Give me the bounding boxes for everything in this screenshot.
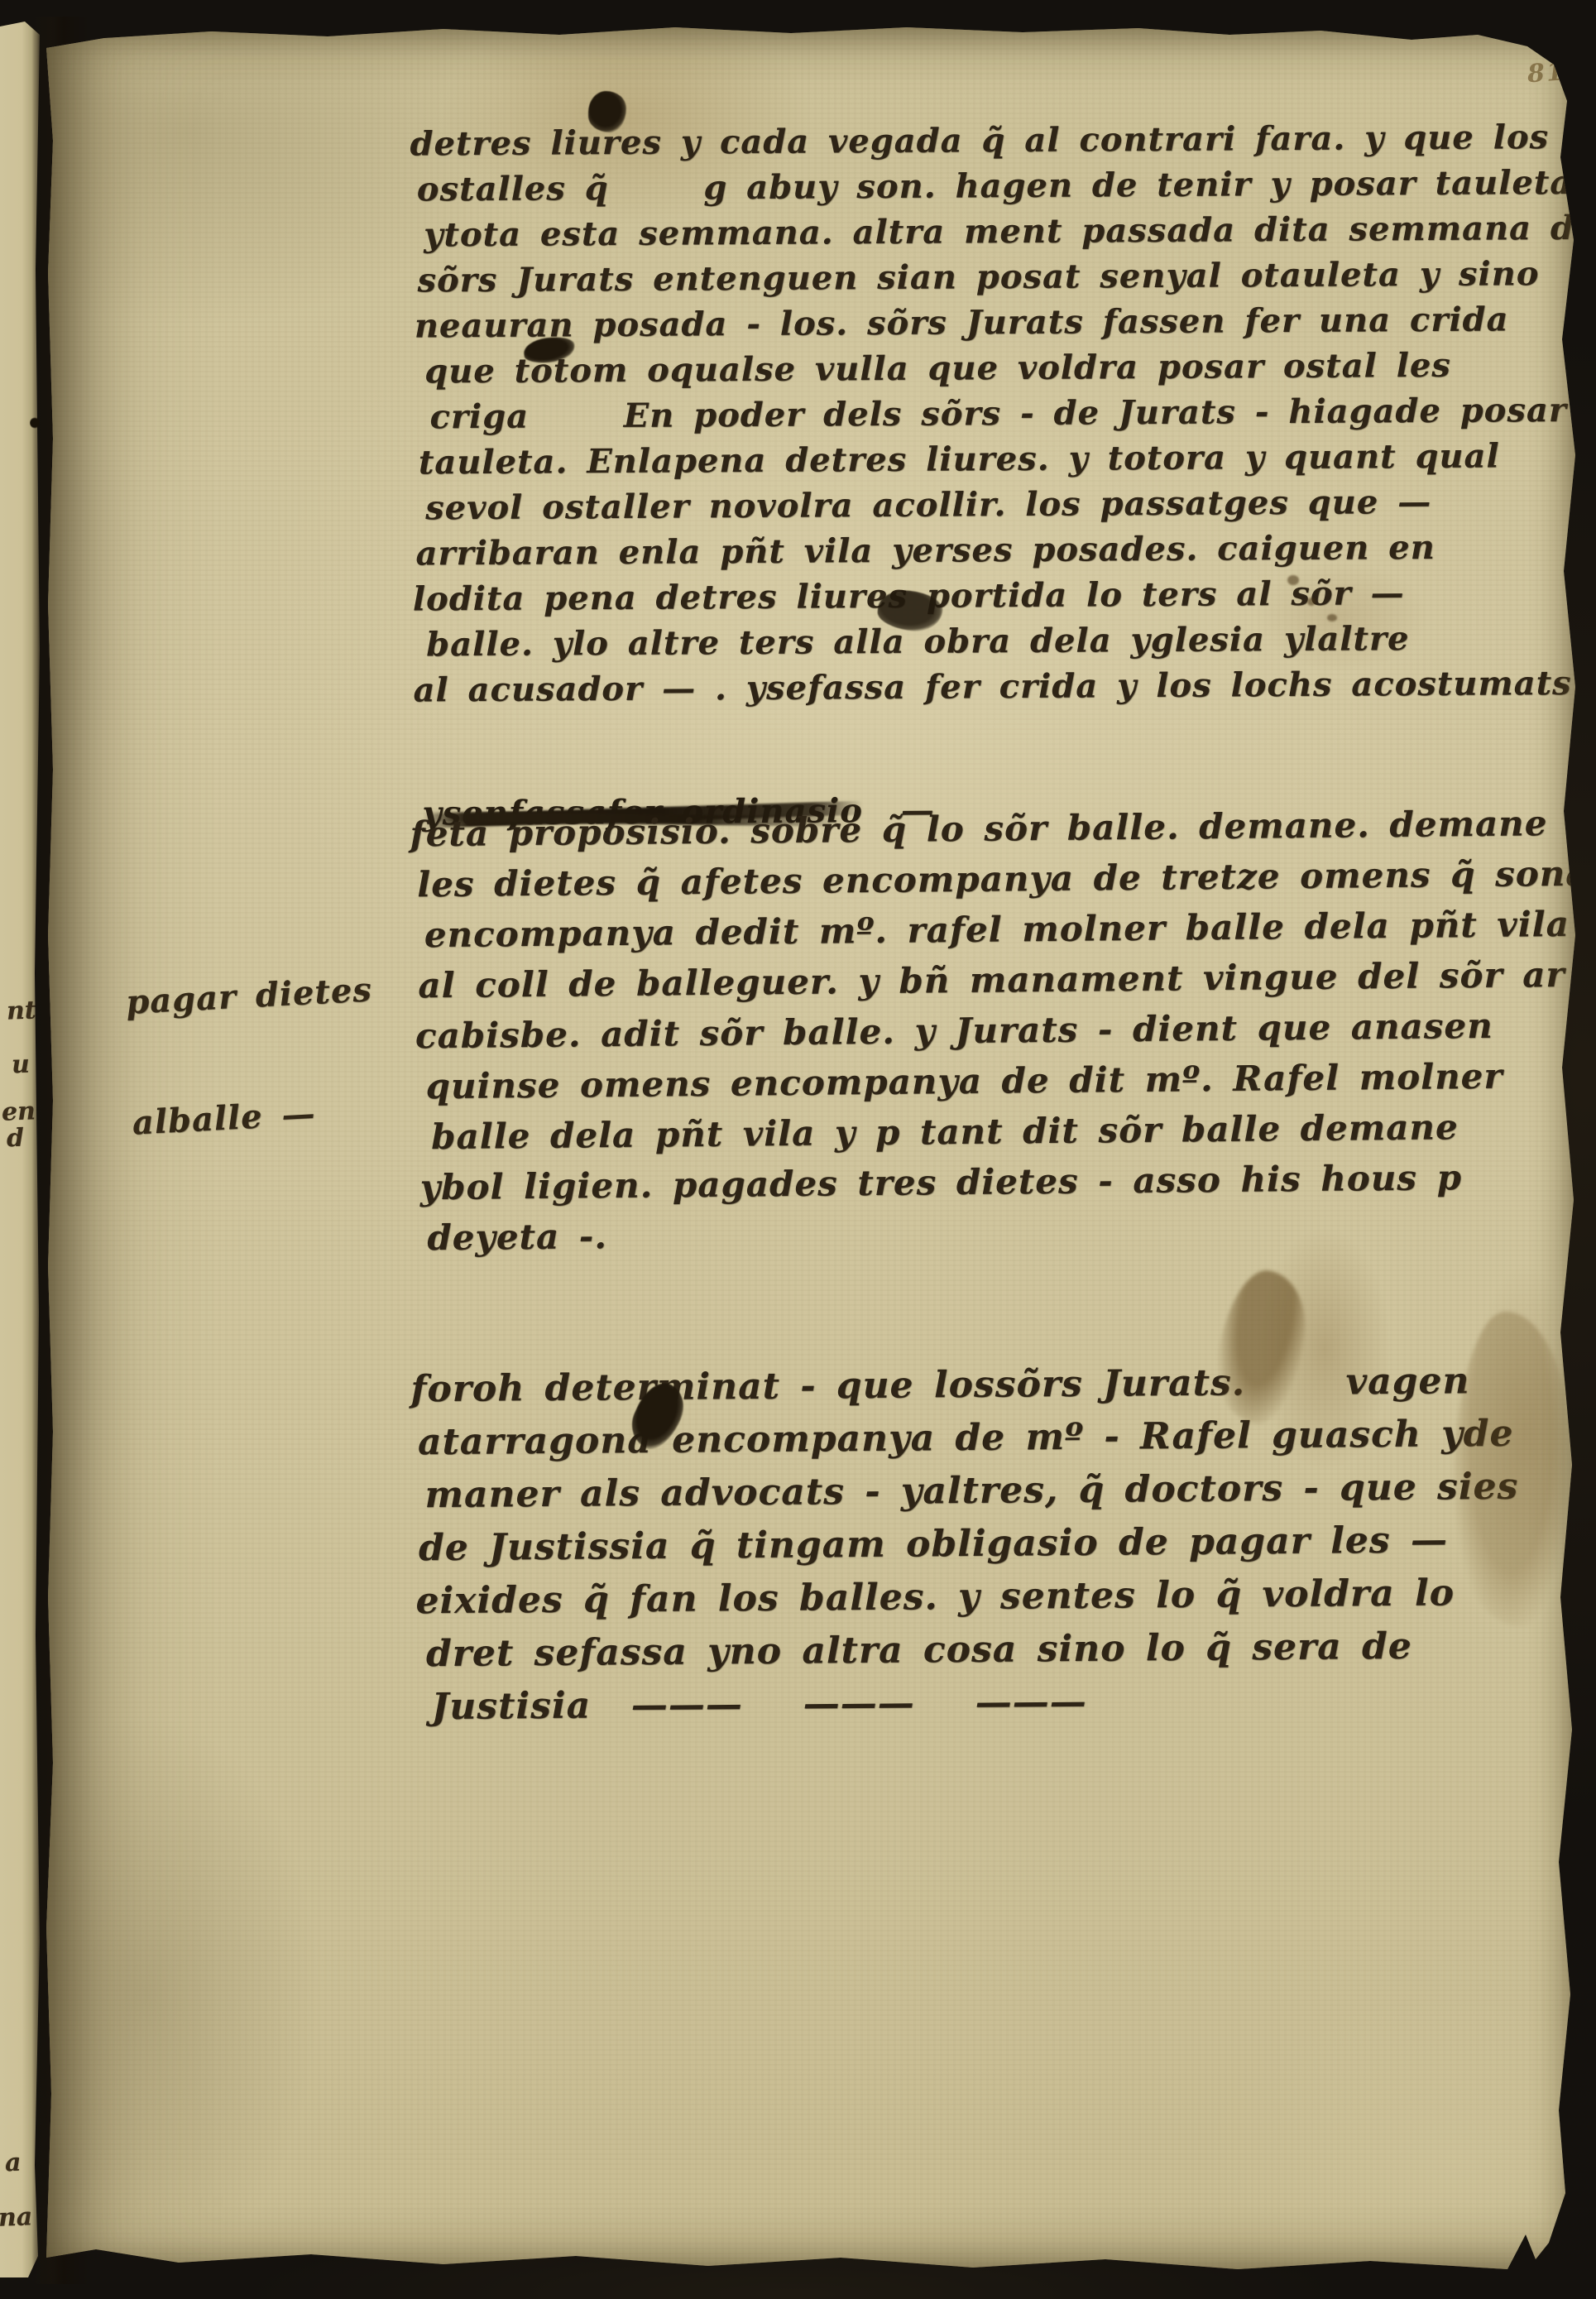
spine-text-fragment: u [11,1050,30,1080]
paragraph-3: foroh determinat - que lossõrs Jurats. v… [410,1275,1521,1823]
manuscript-line: criga En poder dels sõrs - de Jurats - h… [429,391,1596,444]
manuscript-line: arribaran enla pñt vila yerses posades. … [415,527,1596,580]
spine-text-fragment: na [0,2202,33,2232]
margin-note-line: alballe — [132,1091,380,1147]
manuscript-line: balle. ylo altre ters alla obra dela ygl… [426,618,1596,671]
spine-text-fragment: a [4,2148,22,2178]
manuscript-line: ytota esta semmana. altra ment passada d… [424,209,1596,262]
paragraph-2: feta proposisio. sobre q̃ lo sõr balle. … [409,721,1596,1350]
manuscript-line: de Justissia q̃ tingam obligasio de paga… [419,1519,1519,1580]
manuscript-line: atarragona encompanya de mº - Rafel guas… [418,1413,1518,1474]
wormhole-spot [30,417,40,429]
manuscript-scan: nt u en d a na 817 detres liures y cada … [0,0,1596,2299]
manuscript-line: eixides q̃ fan los balles. y sentes lo q… [415,1572,1519,1633]
spine-text-fragment: d [6,1124,24,1154]
ink-speck [1307,598,1316,606]
manuscript-page: 817 detres liures y cada vegada q̃ al co… [46,25,1577,2274]
manuscript-line: que totom oqualse vulla que voldra posar… [424,345,1596,398]
ink-speck [1327,614,1337,622]
margin-note: pagar dietes alballe — [121,892,384,1224]
manuscript-line: foroh determinat - que lossõrs Jurats. v… [410,1360,1517,1422]
paper-stain [1453,1312,1569,1626]
margin-note-line: pagar dietes [125,970,373,1026]
manuscript-line: ostalles q̃ g abuy son. hagen de tenir y… [417,163,1596,216]
manuscript-line: maner als advocats - yaltres, q̃ doctors… [424,1466,1518,1527]
manuscript-line: al acusador — . ysefassa fer crida y los… [413,664,1596,717]
manuscript-line: sevol ostaller novolra acollir. los pass… [425,482,1596,535]
manuscript-line: neauran posada - los. sõrs Jurats fassen… [415,300,1596,353]
manuscript-line: lodita pena detres liures portida lo ter… [413,573,1596,626]
manuscript-line: Justisia ——— ——— ——— [431,1677,1520,1739]
ink-blot [588,91,626,132]
manuscript-line: tauleta. Enlapena detres liures. y totor… [419,436,1596,489]
ink-speck [1287,575,1299,585]
manuscript-line: dret sefassa yno altra cosa sino lo q̃ s… [426,1625,1520,1686]
manuscript-line: detres liures y cada vegada q̃ al contra… [410,118,1596,170]
manuscript-line: sõrs Jurats entenguen sian posat senyal … [417,254,1596,307]
